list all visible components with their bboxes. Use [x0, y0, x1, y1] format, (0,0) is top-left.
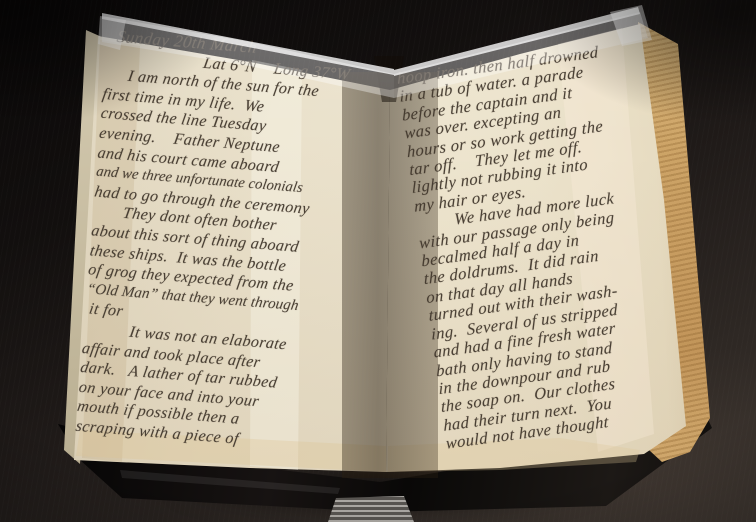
diary-photo: Sunday 20th MarchLat 6°N Long 37°WI am n… [0, 0, 756, 522]
left-page-handwriting: Sunday 20th MarchLat 6°N Long 37°WI am n… [75, 26, 389, 459]
right-page-handwriting: hoop iron. then half drownedin a tub of … [396, 34, 717, 453]
